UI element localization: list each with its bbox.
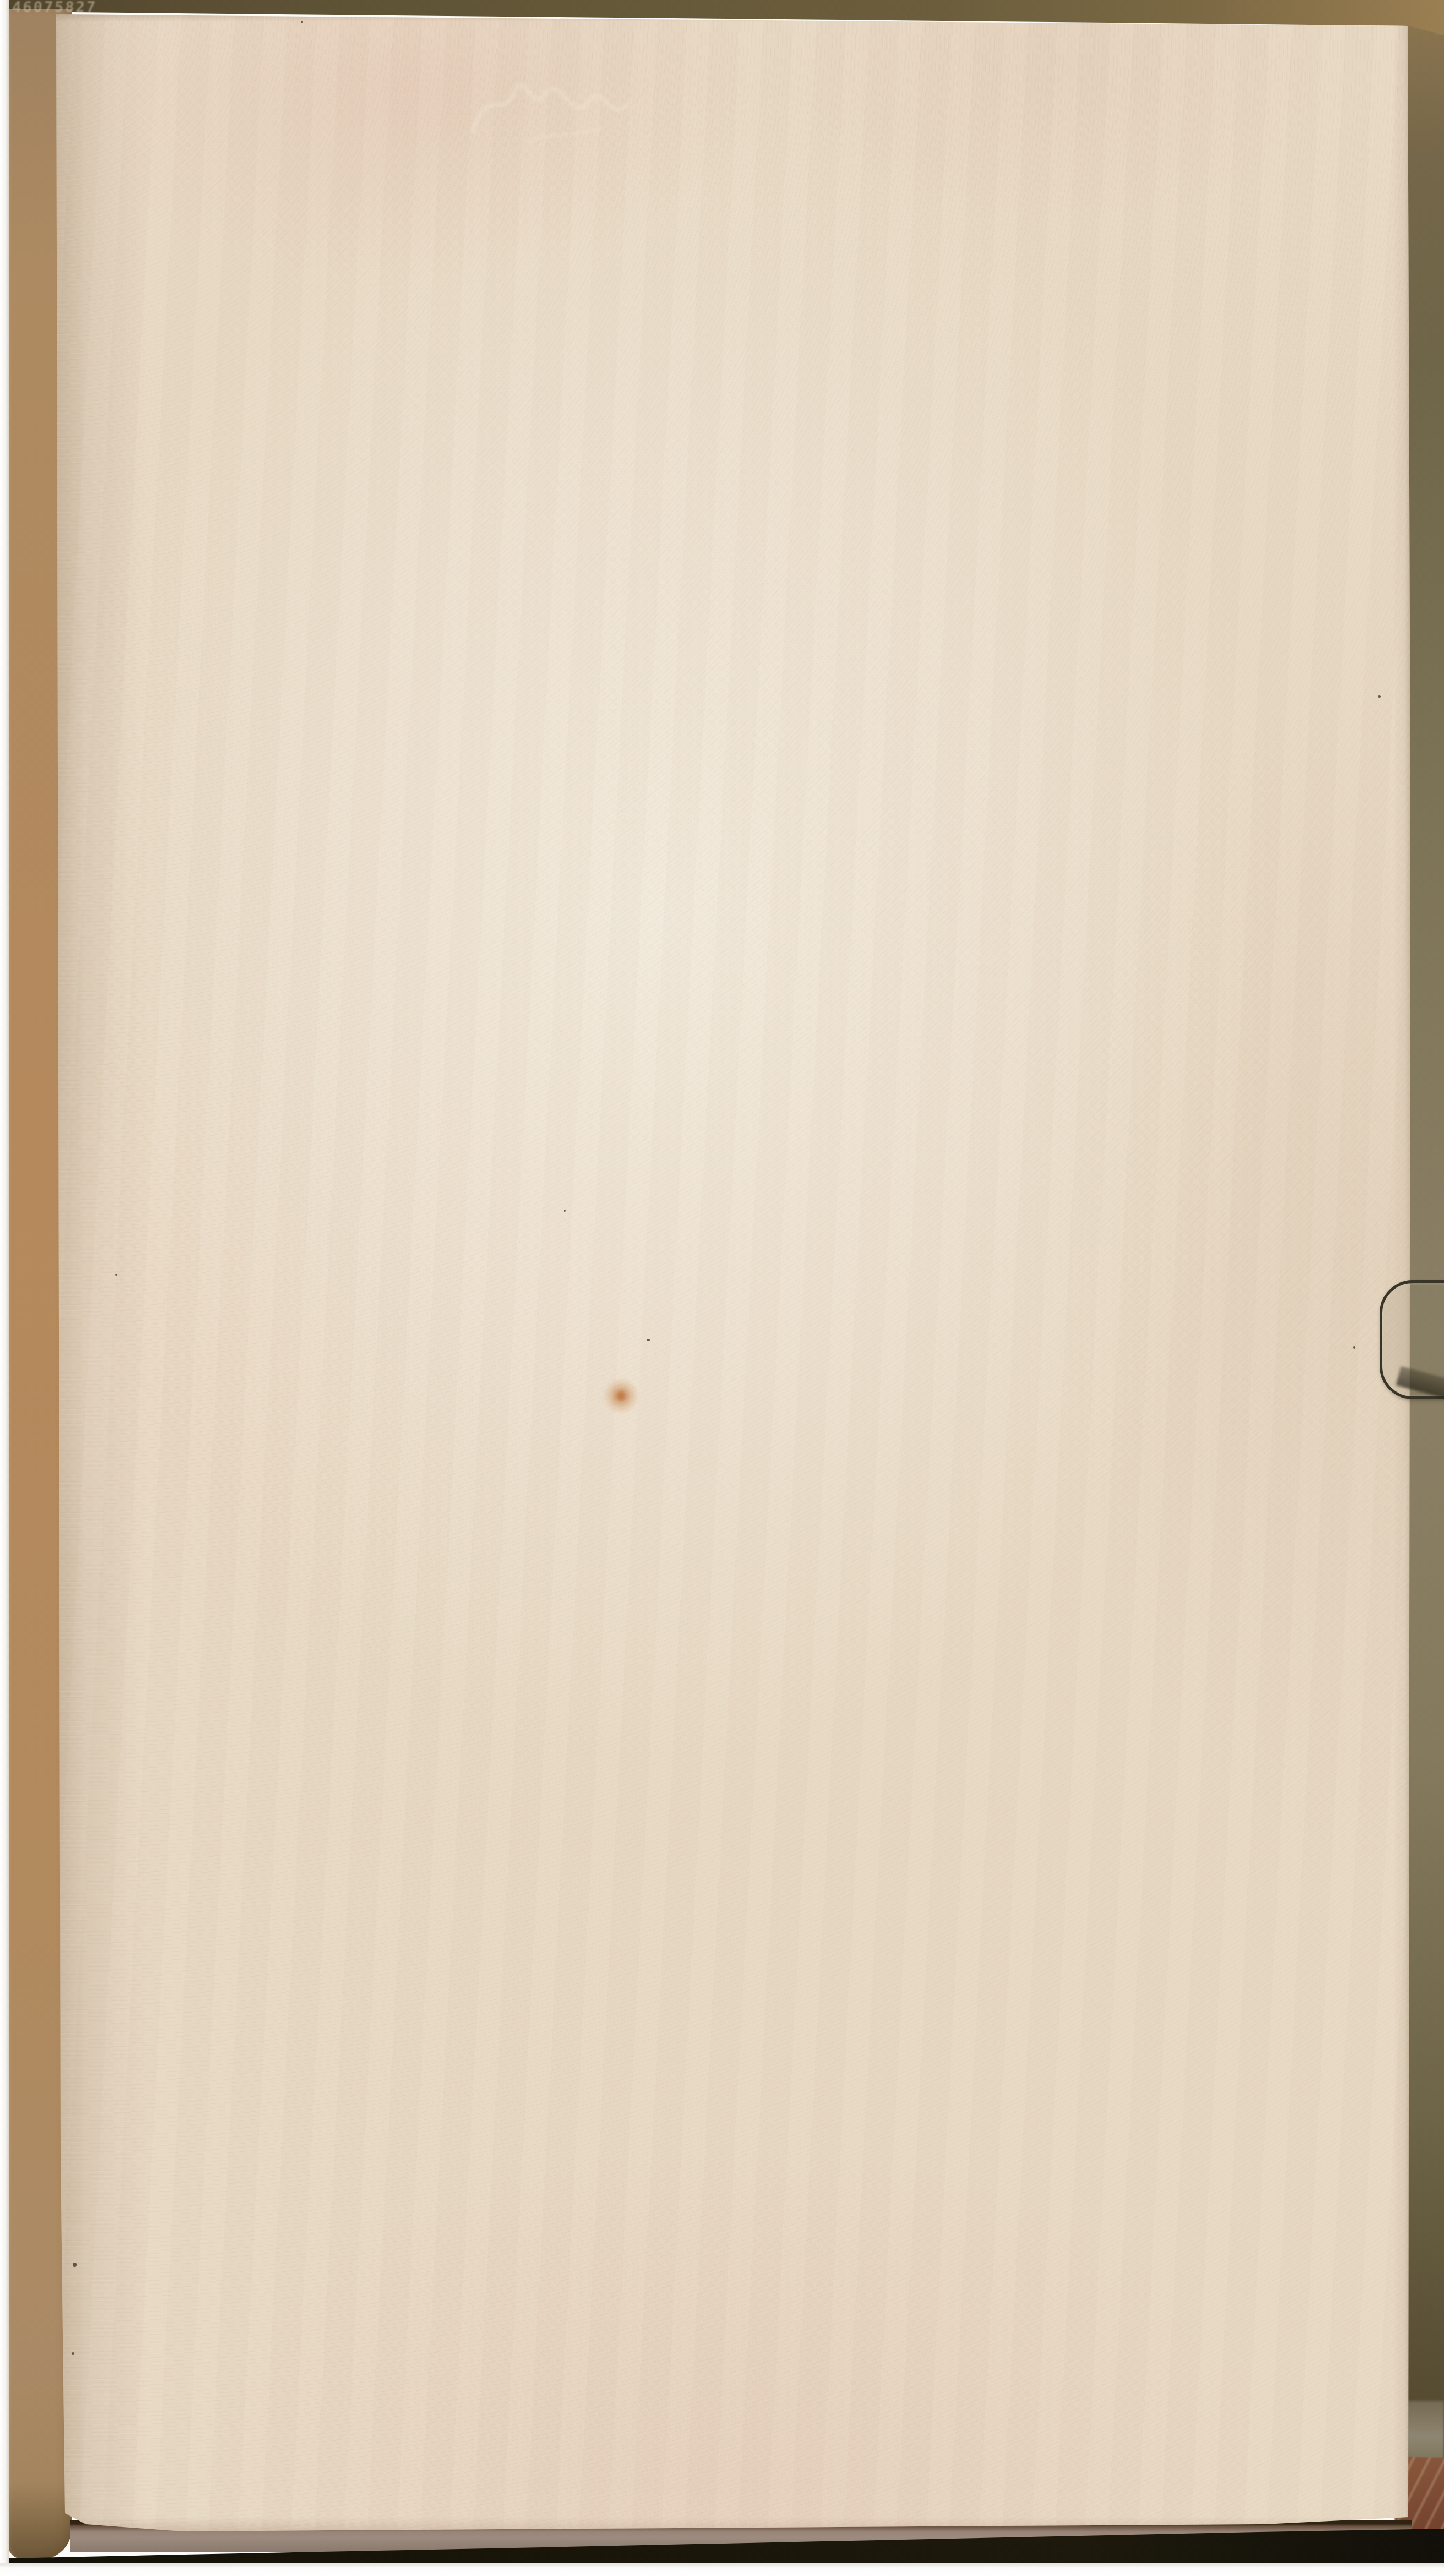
- paper-speck: [115, 1274, 117, 1276]
- paper-speck: [564, 1210, 566, 1212]
- paper-speck: [647, 1339, 650, 1341]
- paper-speck: [301, 21, 303, 23]
- shelfmark-stamp: 46075827: [12, 0, 97, 16]
- ghost-handwriting-mark: [462, 62, 661, 155]
- binding-cloth-patch: [1407, 2401, 1444, 2466]
- foxing-stain: [603, 1378, 639, 1413]
- paper-speck: [1378, 695, 1381, 698]
- book-scan: 46075827: [0, 0, 1444, 2576]
- scanner-bed-bottom-strip: [0, 2563, 1444, 2576]
- paper-speck: [72, 2352, 74, 2355]
- paper-speck: [73, 2263, 77, 2267]
- paper-speck: [1353, 1346, 1355, 1349]
- scanner-bed-left-strip: [0, 0, 9, 2576]
- blank-page-sheet: [53, 11, 1412, 2533]
- paper-grain-texture: [53, 11, 1412, 2533]
